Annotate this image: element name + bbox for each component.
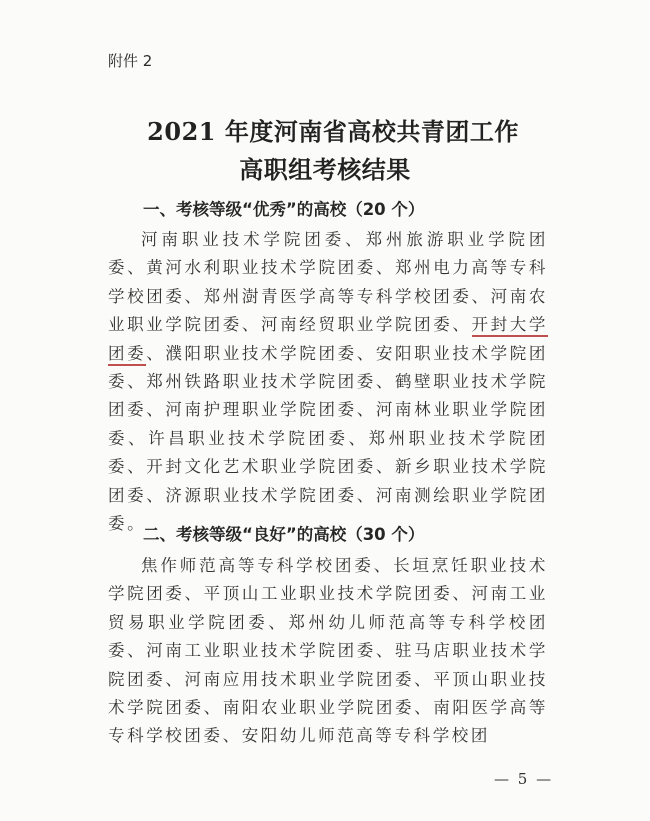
section-heading-good: 二、考核等级“良好”的高校（30 个） [143,521,424,545]
attachment-label: 附件 2 [108,50,152,71]
document-title-line-2: 高职组考核结果 [0,150,650,185]
section-heading-excellent: 一、考核等级“优秀”的高校（20 个） [143,196,424,220]
section-body-good: 焦作师范高等专科学校团委、长垣烹饪职业技术学院团委、平顶山工业职业技术学院团委、… [108,552,548,751]
page-number: — 5 — [494,770,553,788]
body-text-after-highlight: 、濮阳职业技术学院团委、安阳职业技术学院团委、郑州铁路职业技术学院团委、鹤壁职业… [108,344,548,533]
document-title-line-1: 2021 年度河南省高校共青团工作 [0,112,650,147]
section-body-excellent: 河南职业技术学院团委、郑州旅游职业学院团委、黄河水利职业技术学院团委、郑州电力高… [108,226,548,538]
